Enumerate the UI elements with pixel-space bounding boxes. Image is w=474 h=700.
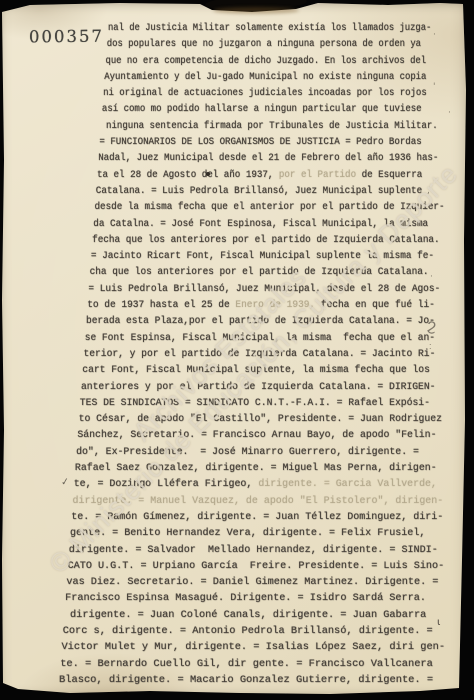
typed-line: Blasco, dirigente. = Macario Gonzalez Gu… xyxy=(59,672,441,688)
typed-segment: Blasco, dirigente. = Macario Gonzalez Gu… xyxy=(59,674,433,686)
typed-segment: to de 1937 hasta el 25 de xyxy=(87,299,235,311)
typed-segment: gente. = Benito Hernandez Vera, dirigent… xyxy=(70,527,425,539)
typed-segment: te, = Dozingo Lléfera Firigeo, xyxy=(74,478,259,490)
typed-line: cha que los anteriores por el partido de… xyxy=(90,264,436,280)
typed-line: Nadal, Juez Municipal desde el 21 de Feb… xyxy=(98,150,434,166)
margin-mark: ' xyxy=(433,82,435,92)
margin-mark: · xyxy=(448,108,451,118)
typed-line: = FUNCIONARIOS DE LOS ORGANISMOS DE JUST… xyxy=(99,134,434,150)
typed-segment-faded: por el Partido xyxy=(279,169,356,181)
typed-line: Francisco Espinsa Masagué. Dirigente. = … xyxy=(65,590,440,606)
typed-line: desde la misma fecha que el anterior por… xyxy=(95,199,435,215)
typed-line: TES DE SINDICATOS = SINDICATO C.N.T.-F.A… xyxy=(80,395,438,411)
typed-line: dirigente. = Juan Coloné Canals, dirigen… xyxy=(64,607,440,623)
margin-mark: · xyxy=(430,272,433,282)
typed-segment: de Esquerra xyxy=(356,169,422,181)
typed-segment: Catalana. = Luis Pedrola Brillansó, Juez… xyxy=(96,185,422,197)
typed-segment: dirigente. = Juan Coloné Canals, dirigen… xyxy=(70,609,426,621)
typed-segment: Corc s, dirigente. = Antonio Pedrola Bri… xyxy=(63,625,433,637)
typed-segment: do", Ex-Presidente. = José Minarro Guerr… xyxy=(76,446,419,458)
typed-segment: ni original de actuaciones judiciales in… xyxy=(103,87,427,99)
typed-segment: vas Diez. Secretario. = Daniel Gimenez M… xyxy=(66,576,438,588)
typed-line: así como mo podido hallarse a ningun par… xyxy=(102,101,434,117)
typed-line: que no era competencia de dicho Juzgado.… xyxy=(106,53,433,69)
typed-line: gente. = Benito Hernandez Vera, dirigent… xyxy=(70,525,439,541)
typed-line: ni original de actuaciones judiciales in… xyxy=(103,85,433,101)
typed-segment-faded: dirigente. = Garcia Vallverde, xyxy=(258,478,437,490)
typed-line: dirigente. = Salvador Mellado Hernandez,… xyxy=(69,542,440,558)
typed-line: Corc s, dirigente. = Antonio Pedrola Bri… xyxy=(63,623,441,639)
typed-segment: Victor Mulet y Mur, dirigente. = Isalias… xyxy=(62,641,446,653)
typed-segment: que no era competencia de dicho Juzgado.… xyxy=(106,55,427,67)
typed-line: Catalana. = Luis Pedrola Brillansó, Juez… xyxy=(96,183,435,199)
margin-checkmark: ✓ xyxy=(60,476,70,488)
document-scan: 000357 nal de Justicia Militar solamente… xyxy=(0,0,474,700)
margin-mark: Ϩ xyxy=(426,320,436,336)
margin-mark: ˸ xyxy=(429,343,432,354)
typed-line: ta el 28 de Agosto del año 1937, por el … xyxy=(97,167,435,183)
margin-mark: · xyxy=(433,30,436,40)
typed-line: Ayuntamiento y del Ju-gado Municipal no … xyxy=(104,69,433,85)
typed-line: dos populares que no juzgaron a ninguna … xyxy=(107,36,433,52)
typed-segment: CATO U.G.T. = Urpiano García Freire. Pre… xyxy=(68,560,445,572)
typed-line: te. = Bernardo Cuello Gil, dir gente. = … xyxy=(60,656,440,672)
typed-segment: TES DE SINDICATOS = SINDICATO C.N.T.-F.A… xyxy=(80,397,430,409)
typed-segment: dirigente. = Salvador Mellado Hernandez,… xyxy=(69,544,438,556)
typed-segment: ta el 28 de Agosto del año 1937, xyxy=(97,169,279,181)
typed-segment: cha que los anteriores por el partido de… xyxy=(90,266,429,278)
margin-mark: ι xyxy=(437,617,440,628)
typed-segment: Ayuntamiento y del Ju-gado Municipal no … xyxy=(104,71,426,83)
typed-segment: Sánchez, Secretario. = Francisco Arnau B… xyxy=(77,429,436,441)
ink-dot xyxy=(206,172,210,176)
typed-line: Victor Mulet y Mur, dirigente. = Isalias… xyxy=(62,639,441,655)
typed-segment: Nadal, Juez Municipal desde el 21 de Feb… xyxy=(98,152,438,164)
typed-segment: dos populares que no juzgaron a ninguna … xyxy=(107,38,421,50)
margin-mark: , xyxy=(427,186,430,196)
typed-segment: Francisco Espinsa Masagué. Dirigente. = … xyxy=(65,592,426,604)
typed-line: do", Ex-Presidente. = José Minarro Guerr… xyxy=(76,444,438,460)
typed-line: nal de Justicia Militar solamente existí… xyxy=(108,20,433,36)
typed-segment: = FUNCIONARIOS DE LOS ORGANISMOS DE JUST… xyxy=(99,136,421,148)
typed-segment: ninguna sentencia firmada por Tribunales… xyxy=(106,120,438,132)
typed-segment: te. = Bernardo Cuello Gil, dir gente. = … xyxy=(60,658,433,670)
torn-edge-smudge xyxy=(213,7,299,14)
typed-segment: nal de Justicia Militar solamente existí… xyxy=(108,22,431,34)
typed-line: vas Diez. Secretario. = Daniel Gimenez M… xyxy=(66,574,440,590)
typed-line: CATO U.G.T. = Urpiano García Freire. Pre… xyxy=(68,558,440,574)
typed-line: ninguna sentencia firmada por Tribunales… xyxy=(101,118,434,134)
typed-segment: así como mo podido hallarse a ningun par… xyxy=(102,103,422,115)
